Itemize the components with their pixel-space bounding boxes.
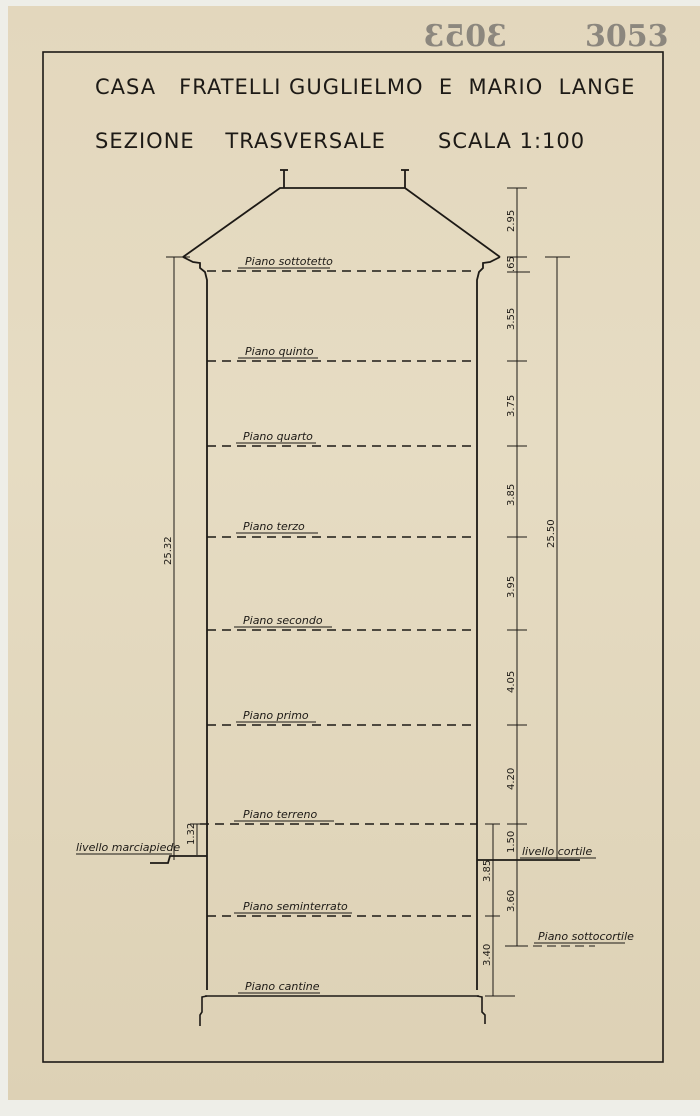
dim-value: 3.85 [482,860,493,882]
level-marciapiede: livello marciapiede [76,841,180,854]
floor-label: Piano terzo [243,520,305,533]
floor-label: Piano seminterrato [243,900,348,913]
roof [183,170,500,990]
floor-label: Piano secondo [243,614,323,627]
dim-value: 3.85 [506,484,517,506]
dim-value: 2.95 [506,210,517,232]
left-dimensions [150,257,207,863]
dim-value: 3.55 [506,308,517,330]
archive-stamp: 3053 [585,19,669,54]
drawing-frame [43,52,663,1062]
mirrored-stamp: 3053 [424,19,508,54]
dim-value: 4.20 [506,768,517,790]
drawing-scale: SCALA 1:100 [438,129,585,153]
drawing-subtitle: SEZIONE TRASVERSALE [95,129,386,153]
floor-label: Piano primo [243,709,309,722]
floor-label: Piano terreno [243,808,317,821]
dim-value: 3.40 [482,944,493,966]
level-cortile: livello cortile [522,845,592,858]
floor-labels: Piano sottotetto Piano quinto Piano quar… [234,255,352,993]
floor-label: Piano sottotetto [245,255,333,268]
dim-value: 4.05 [506,671,517,693]
floor-label: Piano quarto [243,430,313,443]
dim-value: 1.50 [506,831,517,853]
dim-value: 3.75 [506,395,517,417]
level-sottocortile: Piano sottocortile [538,930,634,943]
dim-total-right: 25.50 [546,519,557,548]
dim-value: 3.60 [506,890,517,912]
floor-label: Piano quinto [245,345,314,358]
floor-lines [200,271,477,916]
drawing-title: CASA FRATELLI GUGLIELMO E MARIO LANGE [95,75,635,99]
floor-label: Piano cantine [245,980,320,993]
dim-value: 3.95 [506,576,517,598]
foundation [200,996,485,1026]
dim-total-left: 25.32 [163,536,174,565]
right-dimensions [477,188,595,996]
dim-marciapiede: 1.32 [186,823,197,845]
section-drawing: 3053 3053 CASA FRATELLI GUGLIELMO E MARI… [0,0,700,1116]
dim-value: .65 [506,256,517,272]
